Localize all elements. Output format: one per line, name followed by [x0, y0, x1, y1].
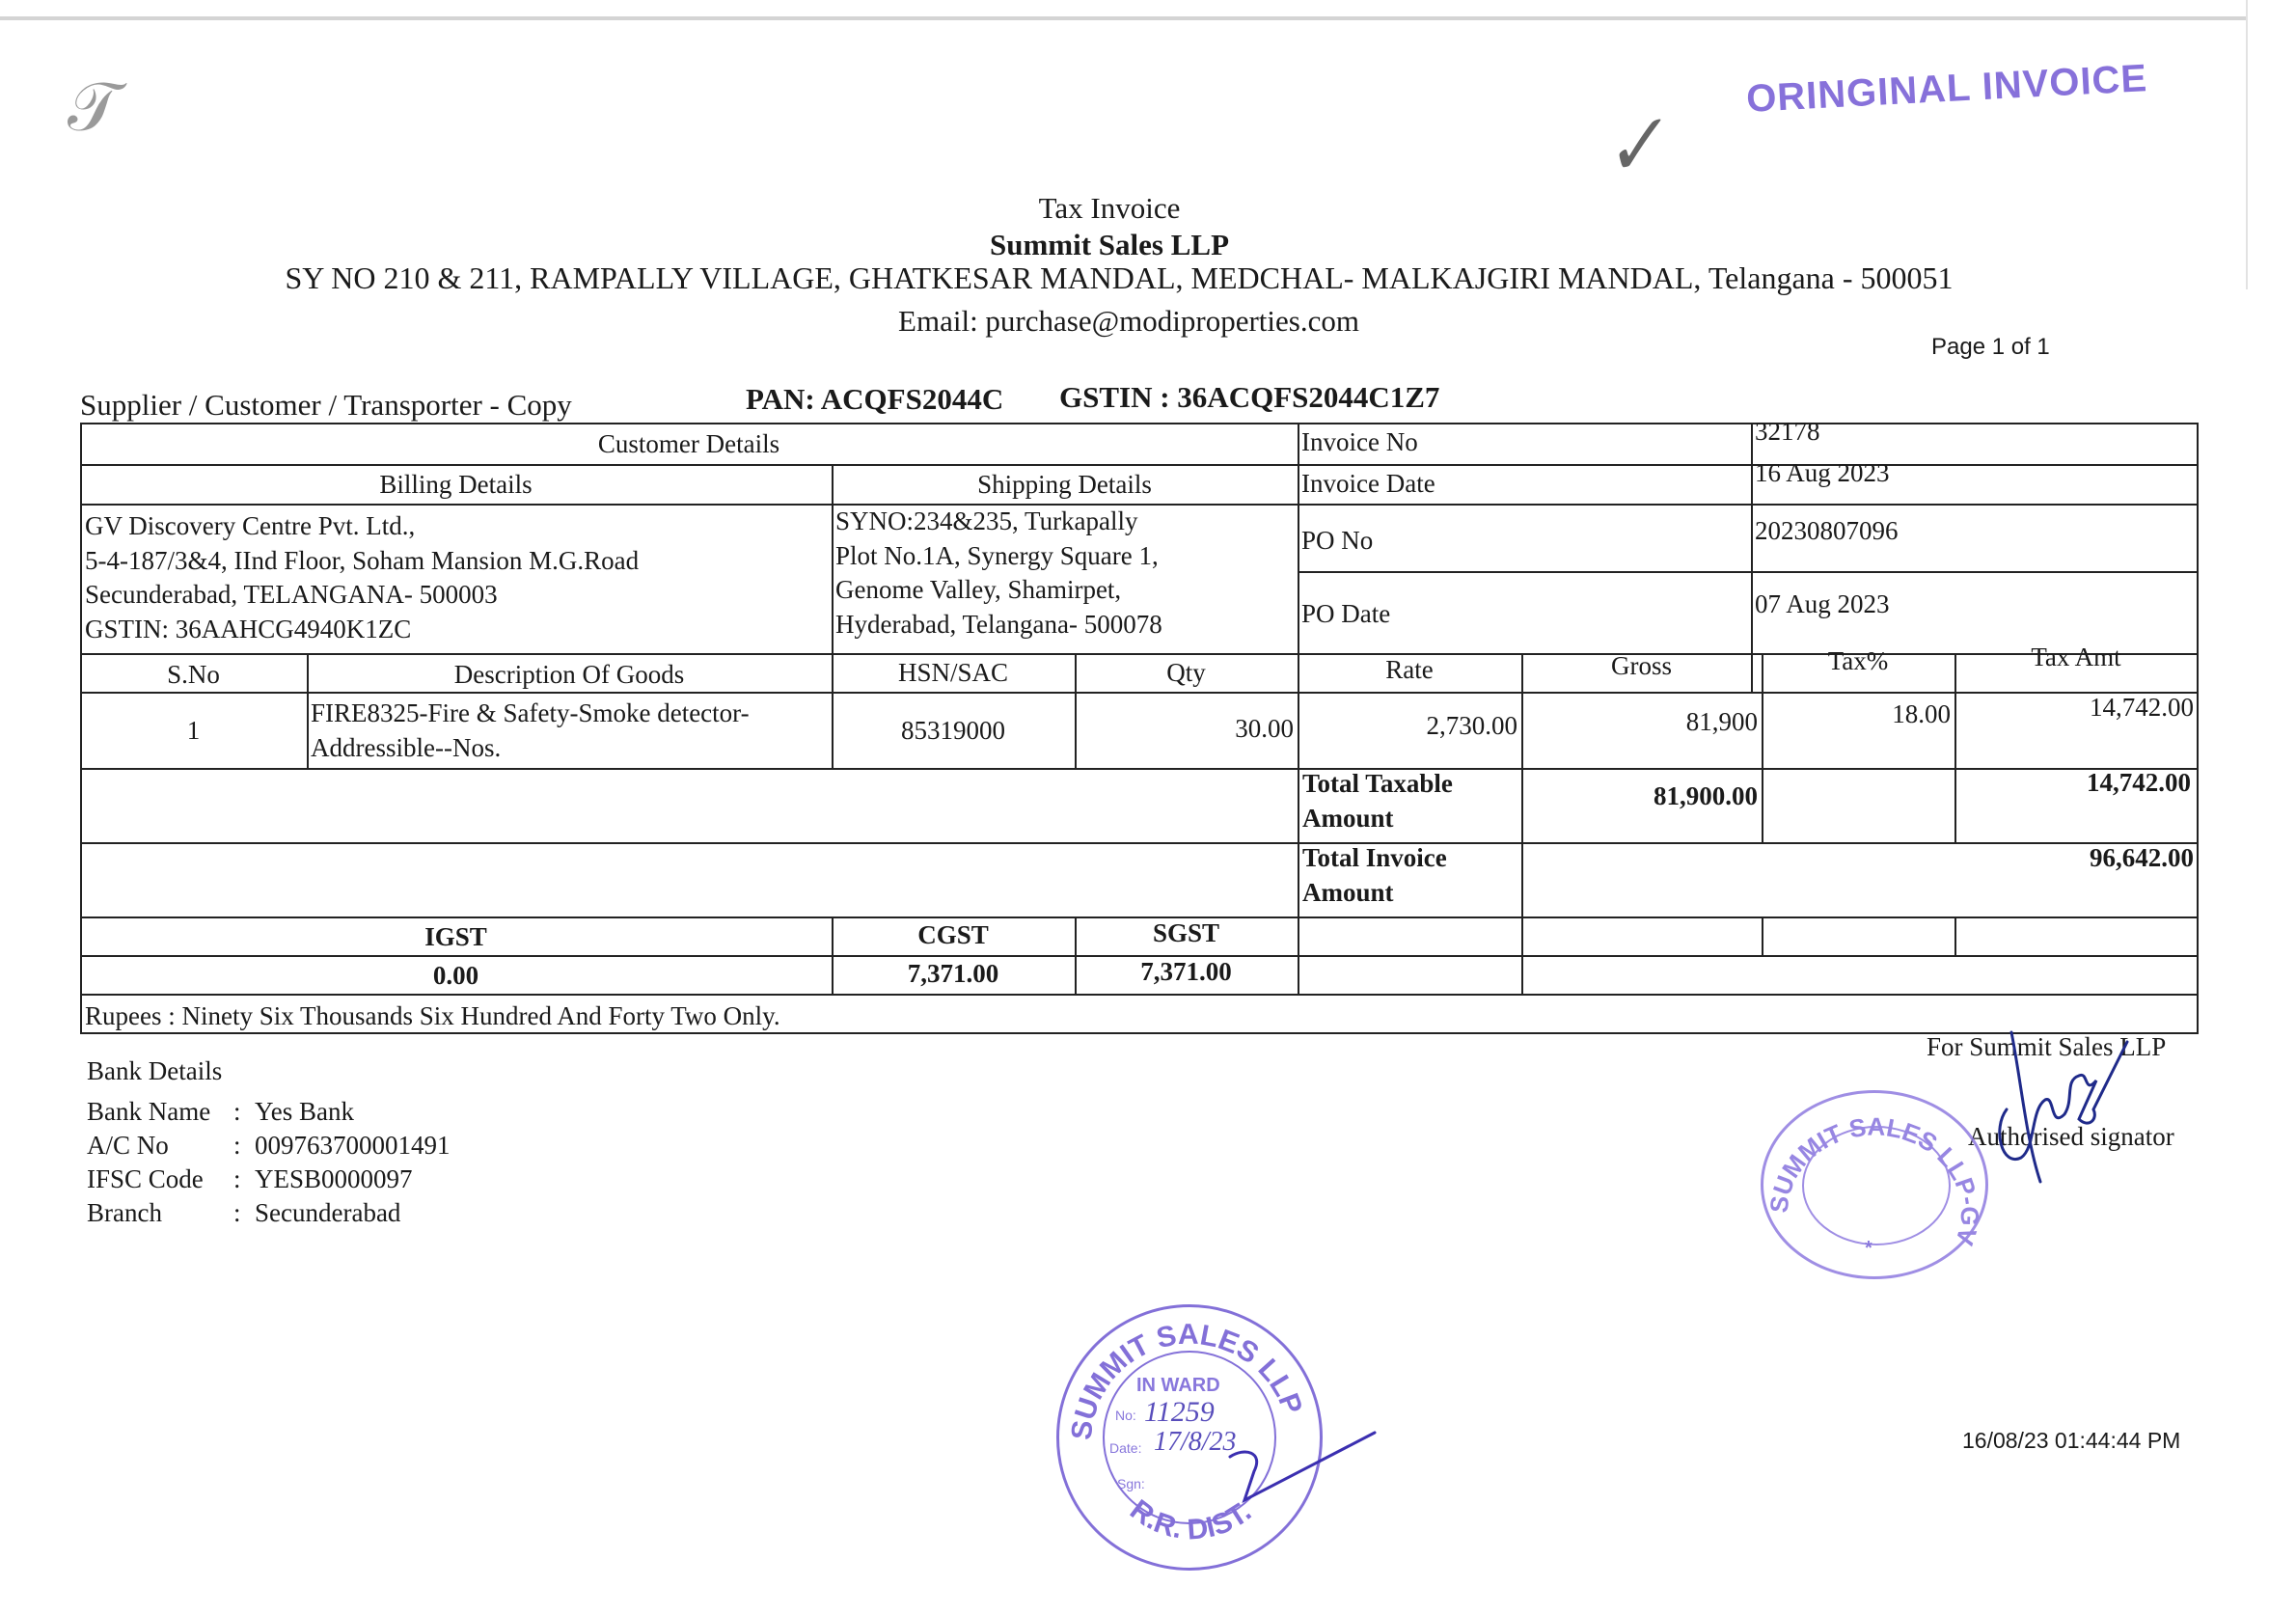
table-rule	[80, 842, 2198, 844]
table-rule	[1298, 571, 2198, 573]
billing-line: 5-4-187/3&4, IInd Floor, Soham Mansion M…	[85, 544, 639, 579]
inward-no-value: 11259	[1144, 1396, 1215, 1429]
item-qty: 30.00	[1075, 712, 1294, 747]
ifsc-label: IFSC Code	[87, 1164, 233, 1194]
document-title: Tax Invoice	[0, 191, 2257, 226]
col-header-qty: Qty	[1075, 656, 1298, 691]
item-hsn: 85319000	[832, 714, 1075, 749]
bank-name-label: Bank Name	[87, 1097, 233, 1127]
shipping-line: Hyderabad, Telangana- 500078	[835, 608, 1162, 643]
branch-row: Branch:Secunderabad	[87, 1198, 400, 1228]
total-invoice-label-line: Amount	[1302, 876, 1447, 911]
table-rule	[80, 768, 2198, 770]
bank-name-value: Yes Bank	[255, 1097, 354, 1126]
sgst-label: SGST	[1075, 916, 1298, 951]
ifsc-value: YESB0000097	[255, 1164, 413, 1193]
print-timestamp: 16/08/23 01:44:44 PM	[1962, 1428, 2180, 1454]
total-taxable-label-line: Amount	[1302, 802, 1453, 836]
total-taxable-label: Total Taxable Amount	[1302, 767, 1453, 835]
invoice-date-value: 16 Aug 2023	[1755, 456, 1890, 491]
shipping-line: Genome Valley, Shamirpet,	[835, 573, 1162, 608]
handwritten-tick-icon: ✓	[1594, 96, 1673, 197]
separator: :	[233, 1097, 255, 1127]
shipping-line: Plot No.1A, Synergy Square 1,	[835, 539, 1162, 574]
table-col-divider	[1954, 916, 1956, 955]
bank-details-heading: Bank Details	[87, 1056, 222, 1086]
handwritten-mark: 𝒯	[68, 68, 120, 148]
total-invoice-label: Total Invoice Amount	[1302, 841, 1447, 910]
billing-address: GV Discovery Centre Pvt. Ltd., 5-4-187/3…	[85, 509, 639, 647]
inward-heading: IN WARD	[1136, 1375, 1220, 1397]
table-border-top	[80, 423, 2198, 424]
company-seal-text: SUMMIT SALES LLP-GVDC	[1763, 1093, 1985, 1276]
cgst-value: 7,371.00	[832, 957, 1075, 992]
invoice-no-value: 32178	[1755, 415, 1820, 450]
shipping-details-heading: Shipping Details	[832, 468, 1298, 503]
billing-line: GSTIN: 36AAHCG4940K1ZC	[85, 613, 639, 647]
col-header-description: Description Of Goods	[307, 658, 832, 693]
cgst-label: CGST	[832, 918, 1075, 953]
item-tax-amt: 14,742.00	[1954, 691, 2194, 725]
igst-label: IGST	[80, 920, 832, 955]
table-border-right	[2197, 423, 2199, 1034]
total-invoice-amount: 96,642.00	[1954, 841, 2194, 876]
table-rule	[80, 994, 2198, 996]
total-taxable-gross: 81,900.00	[1521, 780, 1758, 814]
item-tax-pct: 18.00	[1762, 698, 1951, 732]
billing-details-heading: Billing Details	[80, 468, 832, 503]
col-header-tax-pct: Tax%	[1762, 644, 1954, 679]
table-col-divider	[1954, 653, 1956, 842]
copy-label: Supplier / Customer / Transporter - Copy	[80, 388, 572, 423]
col-header-rate: Rate	[1298, 653, 1521, 688]
shipping-line: SYNO:234&235, Turkapally	[835, 505, 1162, 539]
sgst-value: 7,371.00	[1075, 955, 1298, 990]
igst-value: 0.00	[80, 959, 832, 994]
total-taxable-tax: 14,742.00	[1954, 766, 2191, 801]
inward-date-label: Date:	[1109, 1440, 1141, 1456]
page-number: Page 1 of 1	[1931, 334, 2050, 361]
table-col-divider	[1298, 423, 1299, 994]
table-rule	[1298, 504, 2198, 506]
col-header-sno: S.No	[80, 658, 307, 693]
item-description-line: Addressible--Nos.	[311, 731, 750, 766]
po-no-value: 20230807096	[1755, 514, 1899, 549]
po-no-label: PO No	[1301, 524, 1373, 559]
inward-sign-stroke-icon	[1225, 1428, 1380, 1515]
invoice-date-label: Invoice Date	[1301, 467, 1435, 502]
seal-star-icon: *	[1865, 1238, 1872, 1260]
handwritten-signature-icon	[1982, 1023, 2137, 1187]
table-col-divider	[1762, 916, 1763, 955]
account-number-row: A/C No:009763700001491	[87, 1131, 451, 1161]
total-taxable-label-line: Total Taxable	[1302, 767, 1453, 802]
item-description: FIRE8325-Fire & Safety-Smoke detector- A…	[311, 697, 750, 765]
table-col-divider	[1521, 653, 1523, 994]
account-number-label: A/C No	[87, 1131, 233, 1161]
table-col-divider	[1762, 653, 1763, 842]
col-header-hsn: HSN/SAC	[832, 656, 1075, 691]
ifsc-row: IFSC Code:YESB0000097	[87, 1164, 413, 1194]
billing-line: Secunderabad, TELANGANA- 500003	[85, 578, 639, 613]
po-date-label: PO Date	[1301, 597, 1390, 632]
company-address: SY NO 210 & 211, RAMPALLY VILLAGE, GHATK…	[0, 260, 2267, 296]
shipping-address: SYNO:234&235, Turkapally Plot No.1A, Syn…	[835, 505, 1162, 643]
inward-no-label: No:	[1115, 1408, 1136, 1423]
company-name: Summit Sales LLP	[0, 228, 2257, 262]
col-header-tax-amt: Tax Amt	[1954, 641, 2198, 675]
invoice-no-label: Invoice No	[1301, 425, 1418, 460]
item-sno: 1	[80, 714, 307, 749]
separator: :	[233, 1131, 255, 1161]
company-seal: SUMMIT SALES LLP-GVDC *	[1761, 1090, 1988, 1279]
separator: :	[233, 1164, 255, 1194]
branch-label: Branch	[87, 1198, 233, 1228]
item-gross: 81,900	[1521, 705, 1758, 740]
account-number-value: 009763700001491	[255, 1131, 451, 1160]
customer-details-heading: Customer Details	[80, 427, 1298, 462]
billing-line: GV Discovery Centre Pvt. Ltd.,	[85, 509, 639, 544]
branch-value: Secunderabad	[255, 1198, 400, 1227]
item-rate: 2,730.00	[1298, 709, 1517, 744]
original-invoice-stamp: ORINGINAL INVOICE	[1745, 57, 2148, 122]
scan-top-edge	[0, 16, 2248, 20]
total-invoice-label-line: Total Invoice	[1302, 841, 1447, 876]
col-header-gross: Gross	[1521, 649, 1762, 684]
bank-name-row: Bank Name:Yes Bank	[87, 1097, 354, 1127]
supplier-pan: PAN: ACQFS2044C	[746, 382, 1003, 417]
po-date-value: 07 Aug 2023	[1755, 588, 1890, 622]
svg-text:SUMMIT SALES LLP-GVDC: SUMMIT SALES LLP-GVDC	[1763, 1093, 1984, 1249]
inward-date-value: 17/8/23	[1154, 1427, 1237, 1458]
amount-in-words: Rupees : Ninety Six Thousands Six Hundre…	[85, 999, 780, 1034]
supplier-gstin: GSTIN : 36ACQFS2044C1Z7	[1059, 380, 1439, 415]
separator: :	[233, 1198, 255, 1228]
item-description-line: FIRE8325-Fire & Safety-Smoke detector-	[311, 697, 750, 731]
inward-sign-label: Sgn:	[1117, 1476, 1145, 1491]
